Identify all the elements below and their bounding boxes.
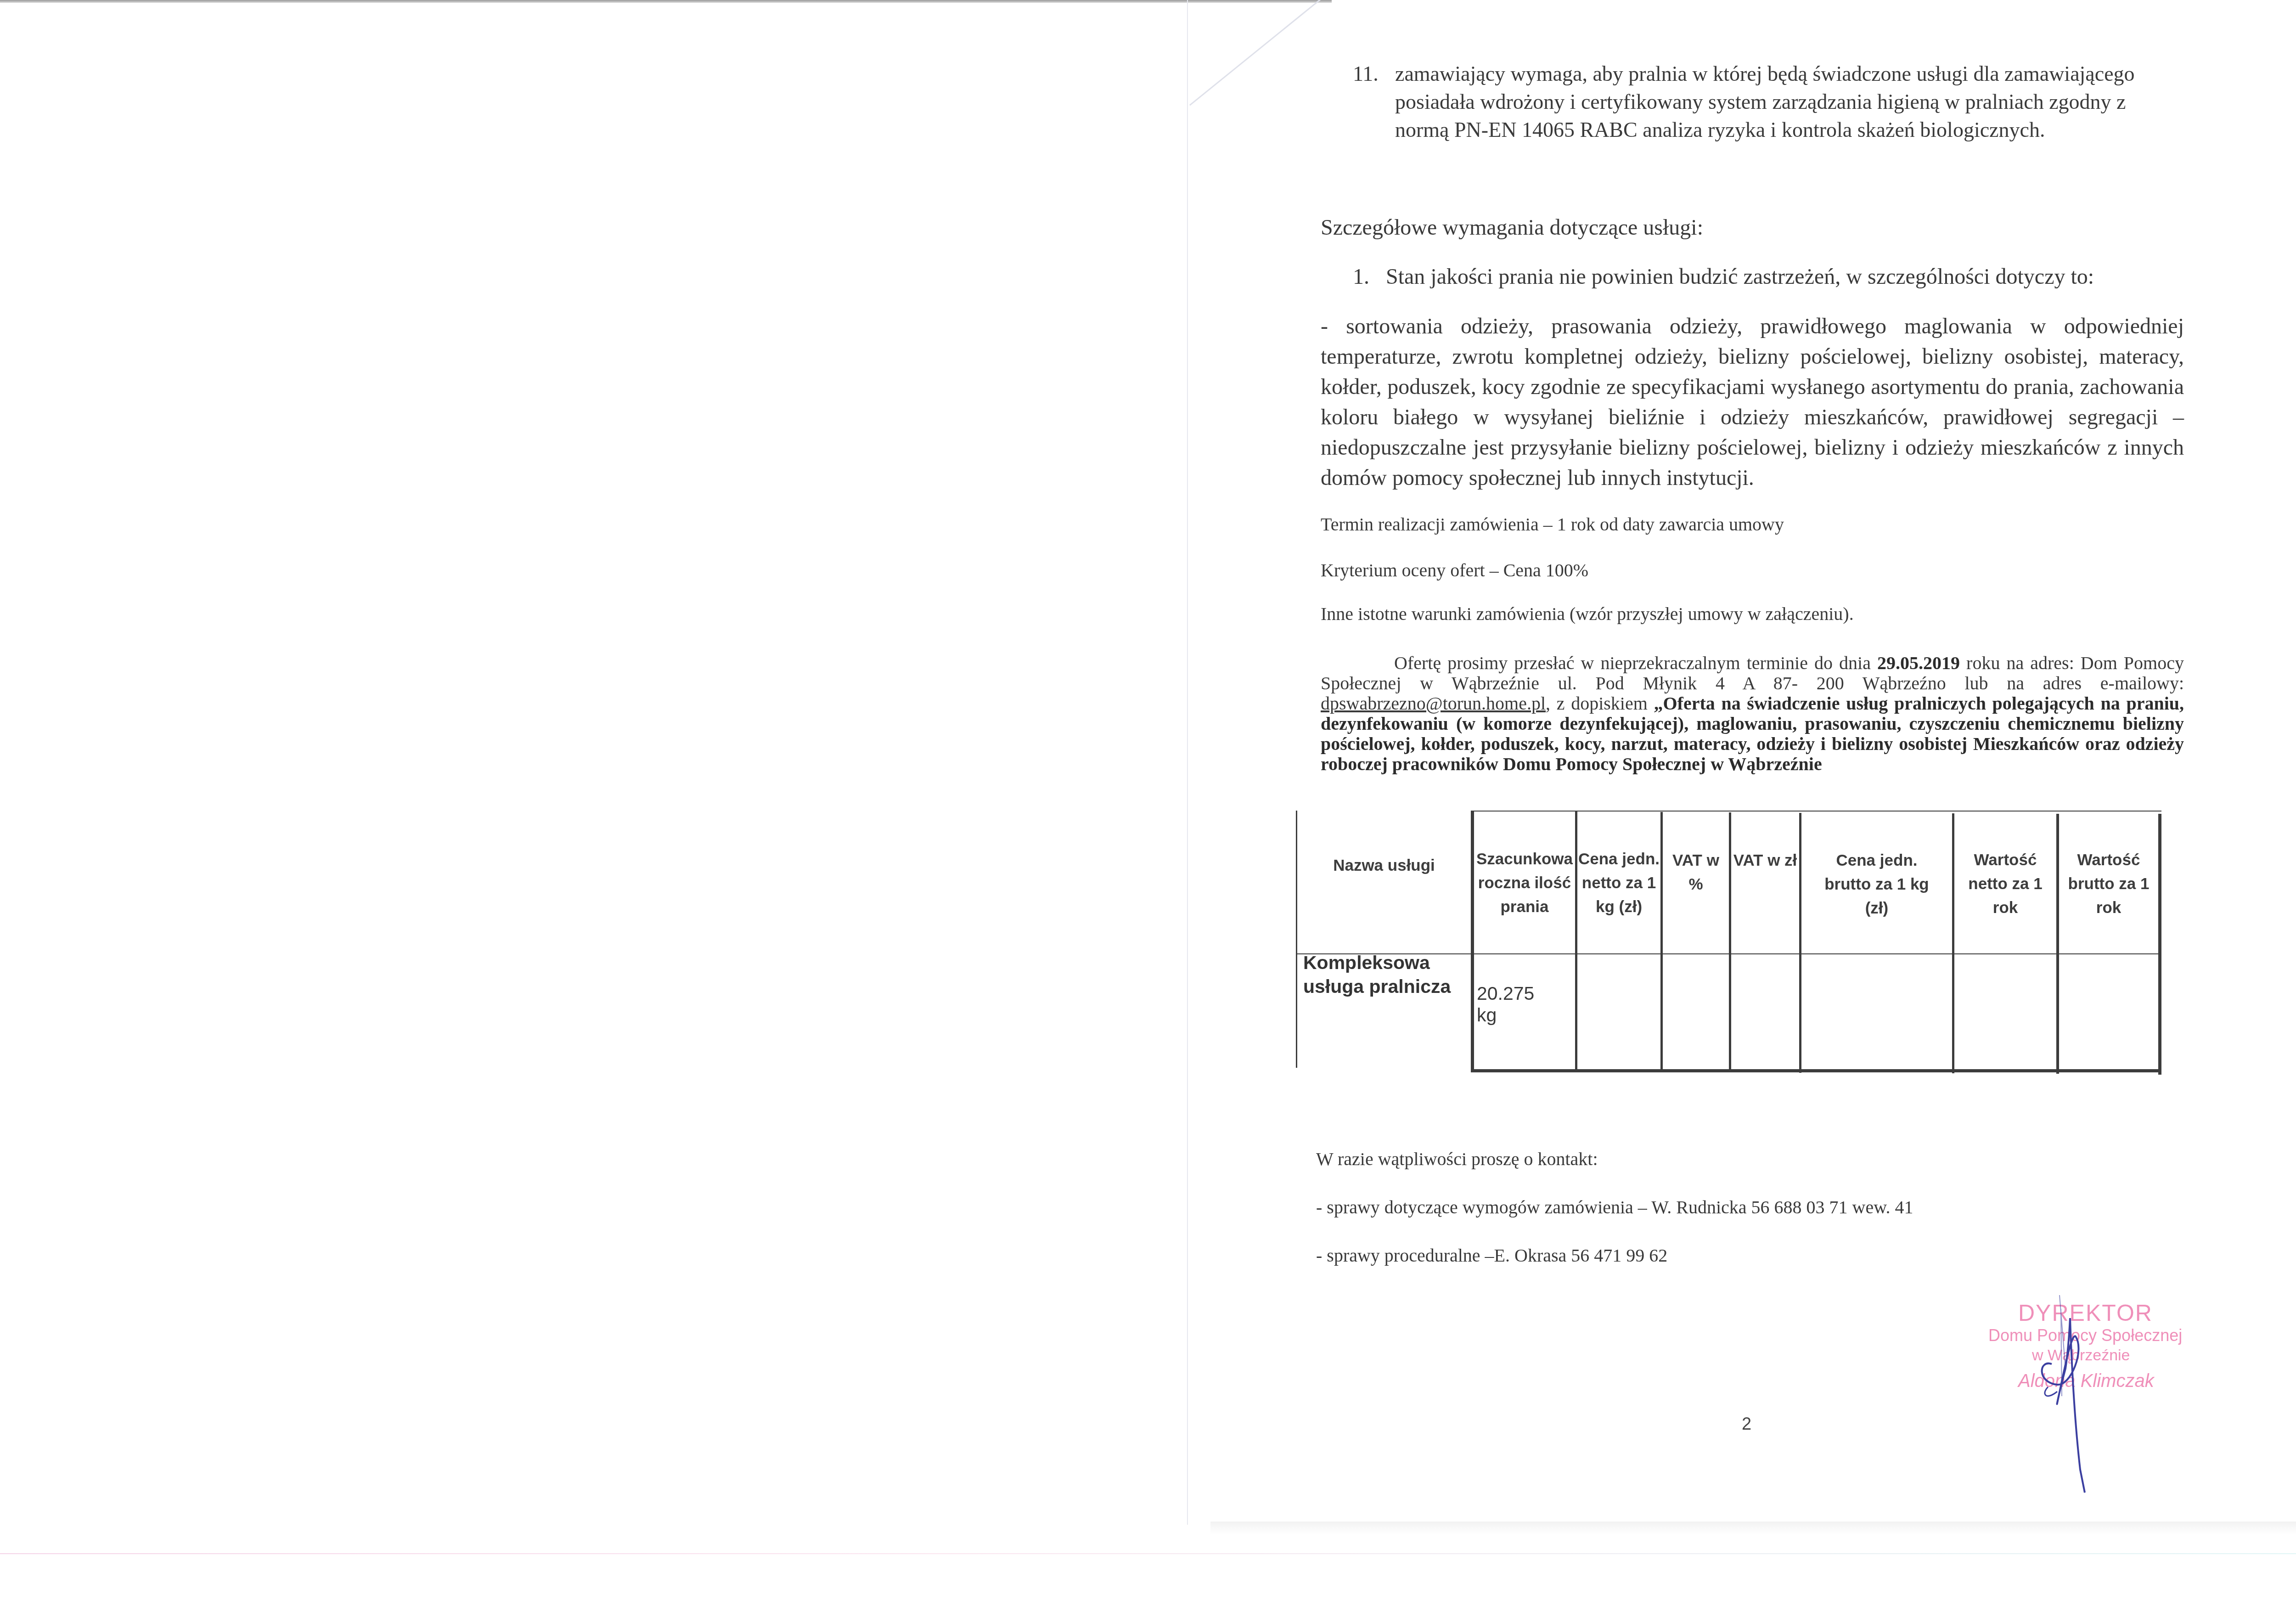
table-border	[2158, 814, 2161, 1075]
signature-icon	[2030, 1291, 2122, 1497]
scan-top-edge	[0, 0, 1332, 3]
scan-page-bottom-edge	[1210, 1522, 2296, 1534]
list-number: 11.	[1353, 60, 1379, 88]
section-heading: Szczegółowe wymagania dotyczące usługi:	[1321, 215, 1703, 240]
deadline-line: Termin realizacji zamówienia – 1 rok od …	[1321, 513, 1784, 535]
table-header-vat-percent: VAT w %	[1663, 813, 1728, 941]
scan-artifact-line	[0, 1553, 2296, 1554]
table-header-unit-net-price: Cena jedn. netto za 1 kg (zł)	[1578, 813, 1660, 953]
table-header-service-name: Nazwa usługi	[1298, 813, 1470, 919]
table-border	[1952, 813, 1954, 1073]
table-header-unit-gross-price: Cena jedn. brutto za 1 kg (zł)	[1802, 813, 1952, 941]
table-border	[1471, 1069, 2161, 1072]
table-border	[1575, 812, 1577, 1072]
table-header-annual-gross-value: Wartość brutto za 1 rok	[2060, 814, 2158, 954]
offer-note-prefix: , z dopiskiem	[1546, 693, 1654, 714]
table-border	[1471, 811, 2161, 812]
other-terms-line: Inne istotne warunki zamówienia (wzór pr…	[1321, 603, 1854, 625]
table-cell-annual-quantity: 20.275 kg	[1477, 983, 1534, 1026]
page-number: 2	[1742, 1415, 1751, 1434]
requirement-item-1: 1.Stan jakości prania nie powinien budzi…	[1353, 264, 2094, 289]
table-border	[1729, 812, 1731, 1072]
criteria-line: Kryterium oceny ofert – Cena 100%	[1321, 559, 1588, 581]
scan-page-corner-fold	[1189, 0, 1358, 106]
list-item-text: zamawiający wymaga, aby pralnia w której…	[1395, 60, 2176, 144]
scan-page-fold	[1187, 0, 1188, 1525]
table-header-annual-quantity: Szacunkowa roczna ilość prania	[1474, 813, 1575, 953]
requirement-details: - sortowania odzieży, prasowania odzieży…	[1321, 311, 2184, 493]
table-border	[2056, 814, 2059, 1074]
contact-item: - sprawy proceduralne –E. Okrasa 56 471 …	[1316, 1245, 1667, 1266]
table-header-annual-net-value: Wartość netto za 1 rok	[1955, 814, 2056, 954]
offer-email-link[interactable]: dpswabrzezno@torun.home.pl	[1321, 693, 1546, 714]
offer-intro: Ofertę prosimy przesłać w nieprzekraczal…	[1394, 653, 1877, 673]
offer-submission-paragraph: Ofertę prosimy przesłać w nieprzekraczal…	[1321, 653, 2184, 774]
list-number: 1.	[1353, 265, 1369, 289]
offer-deadline-date: 29.05.2019	[1877, 653, 1960, 673]
table-border	[1799, 813, 1801, 1073]
contact-heading: W razie wątpliwości proszę o kontakt:	[1316, 1148, 1598, 1170]
list-item-text: Stan jakości prania nie powinien budzić …	[1386, 265, 2094, 289]
table-border	[1660, 812, 1663, 1072]
table-cell-service: Kompleksowa usługa pralnicza	[1303, 951, 1469, 998]
table-border	[1296, 811, 1297, 1068]
contact-item: - sprawy dotyczące wymogów zamówienia – …	[1316, 1196, 1913, 1218]
table-border	[1471, 811, 1474, 1072]
table-header-vat-amount: VAT w zł	[1732, 813, 1799, 941]
